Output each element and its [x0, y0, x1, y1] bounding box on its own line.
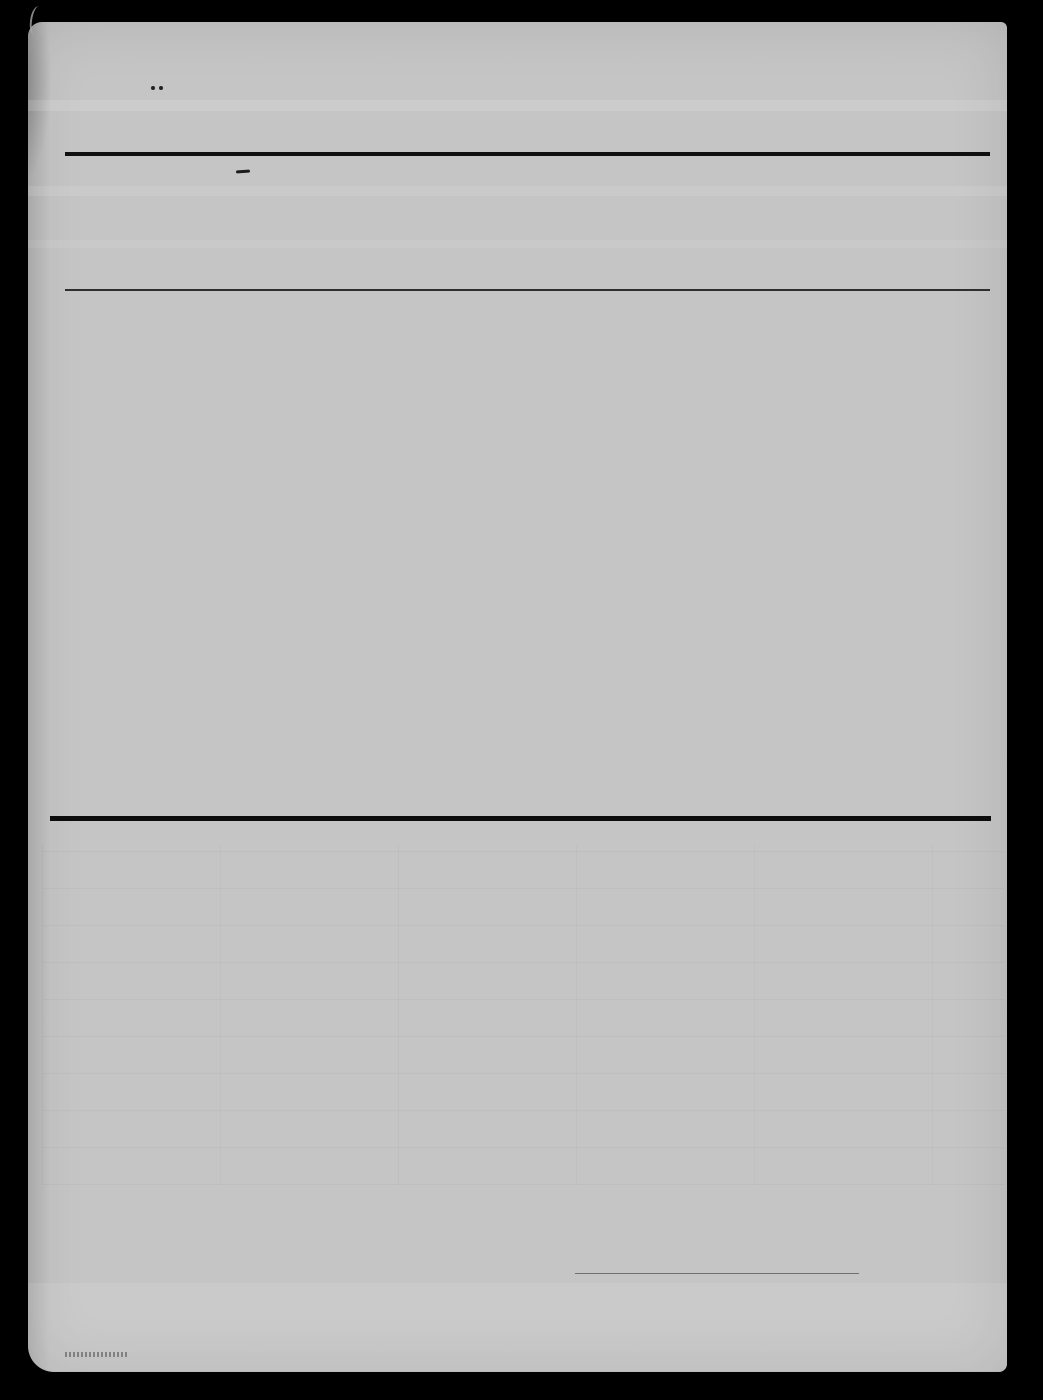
col-header-marital [489, 155, 539, 289]
signature-underline [575, 1273, 859, 1274]
col-header-remarks [901, 155, 989, 289]
table-bottom-border [50, 816, 991, 821]
col-header-family [539, 155, 610, 289]
col-header-birth [429, 155, 489, 289]
scanned-census-page [0, 0, 1043, 1400]
header-bottom-border [65, 289, 990, 291]
col-header-residence [784, 155, 901, 289]
col-header-occupation [610, 155, 784, 289]
col-header-name [170, 155, 401, 289]
col-header-sex [401, 155, 429, 289]
printer-mark [65, 1352, 127, 1357]
col-header-place [65, 155, 170, 289]
ink-specks [151, 86, 155, 90]
page-title [133, 90, 141, 118]
